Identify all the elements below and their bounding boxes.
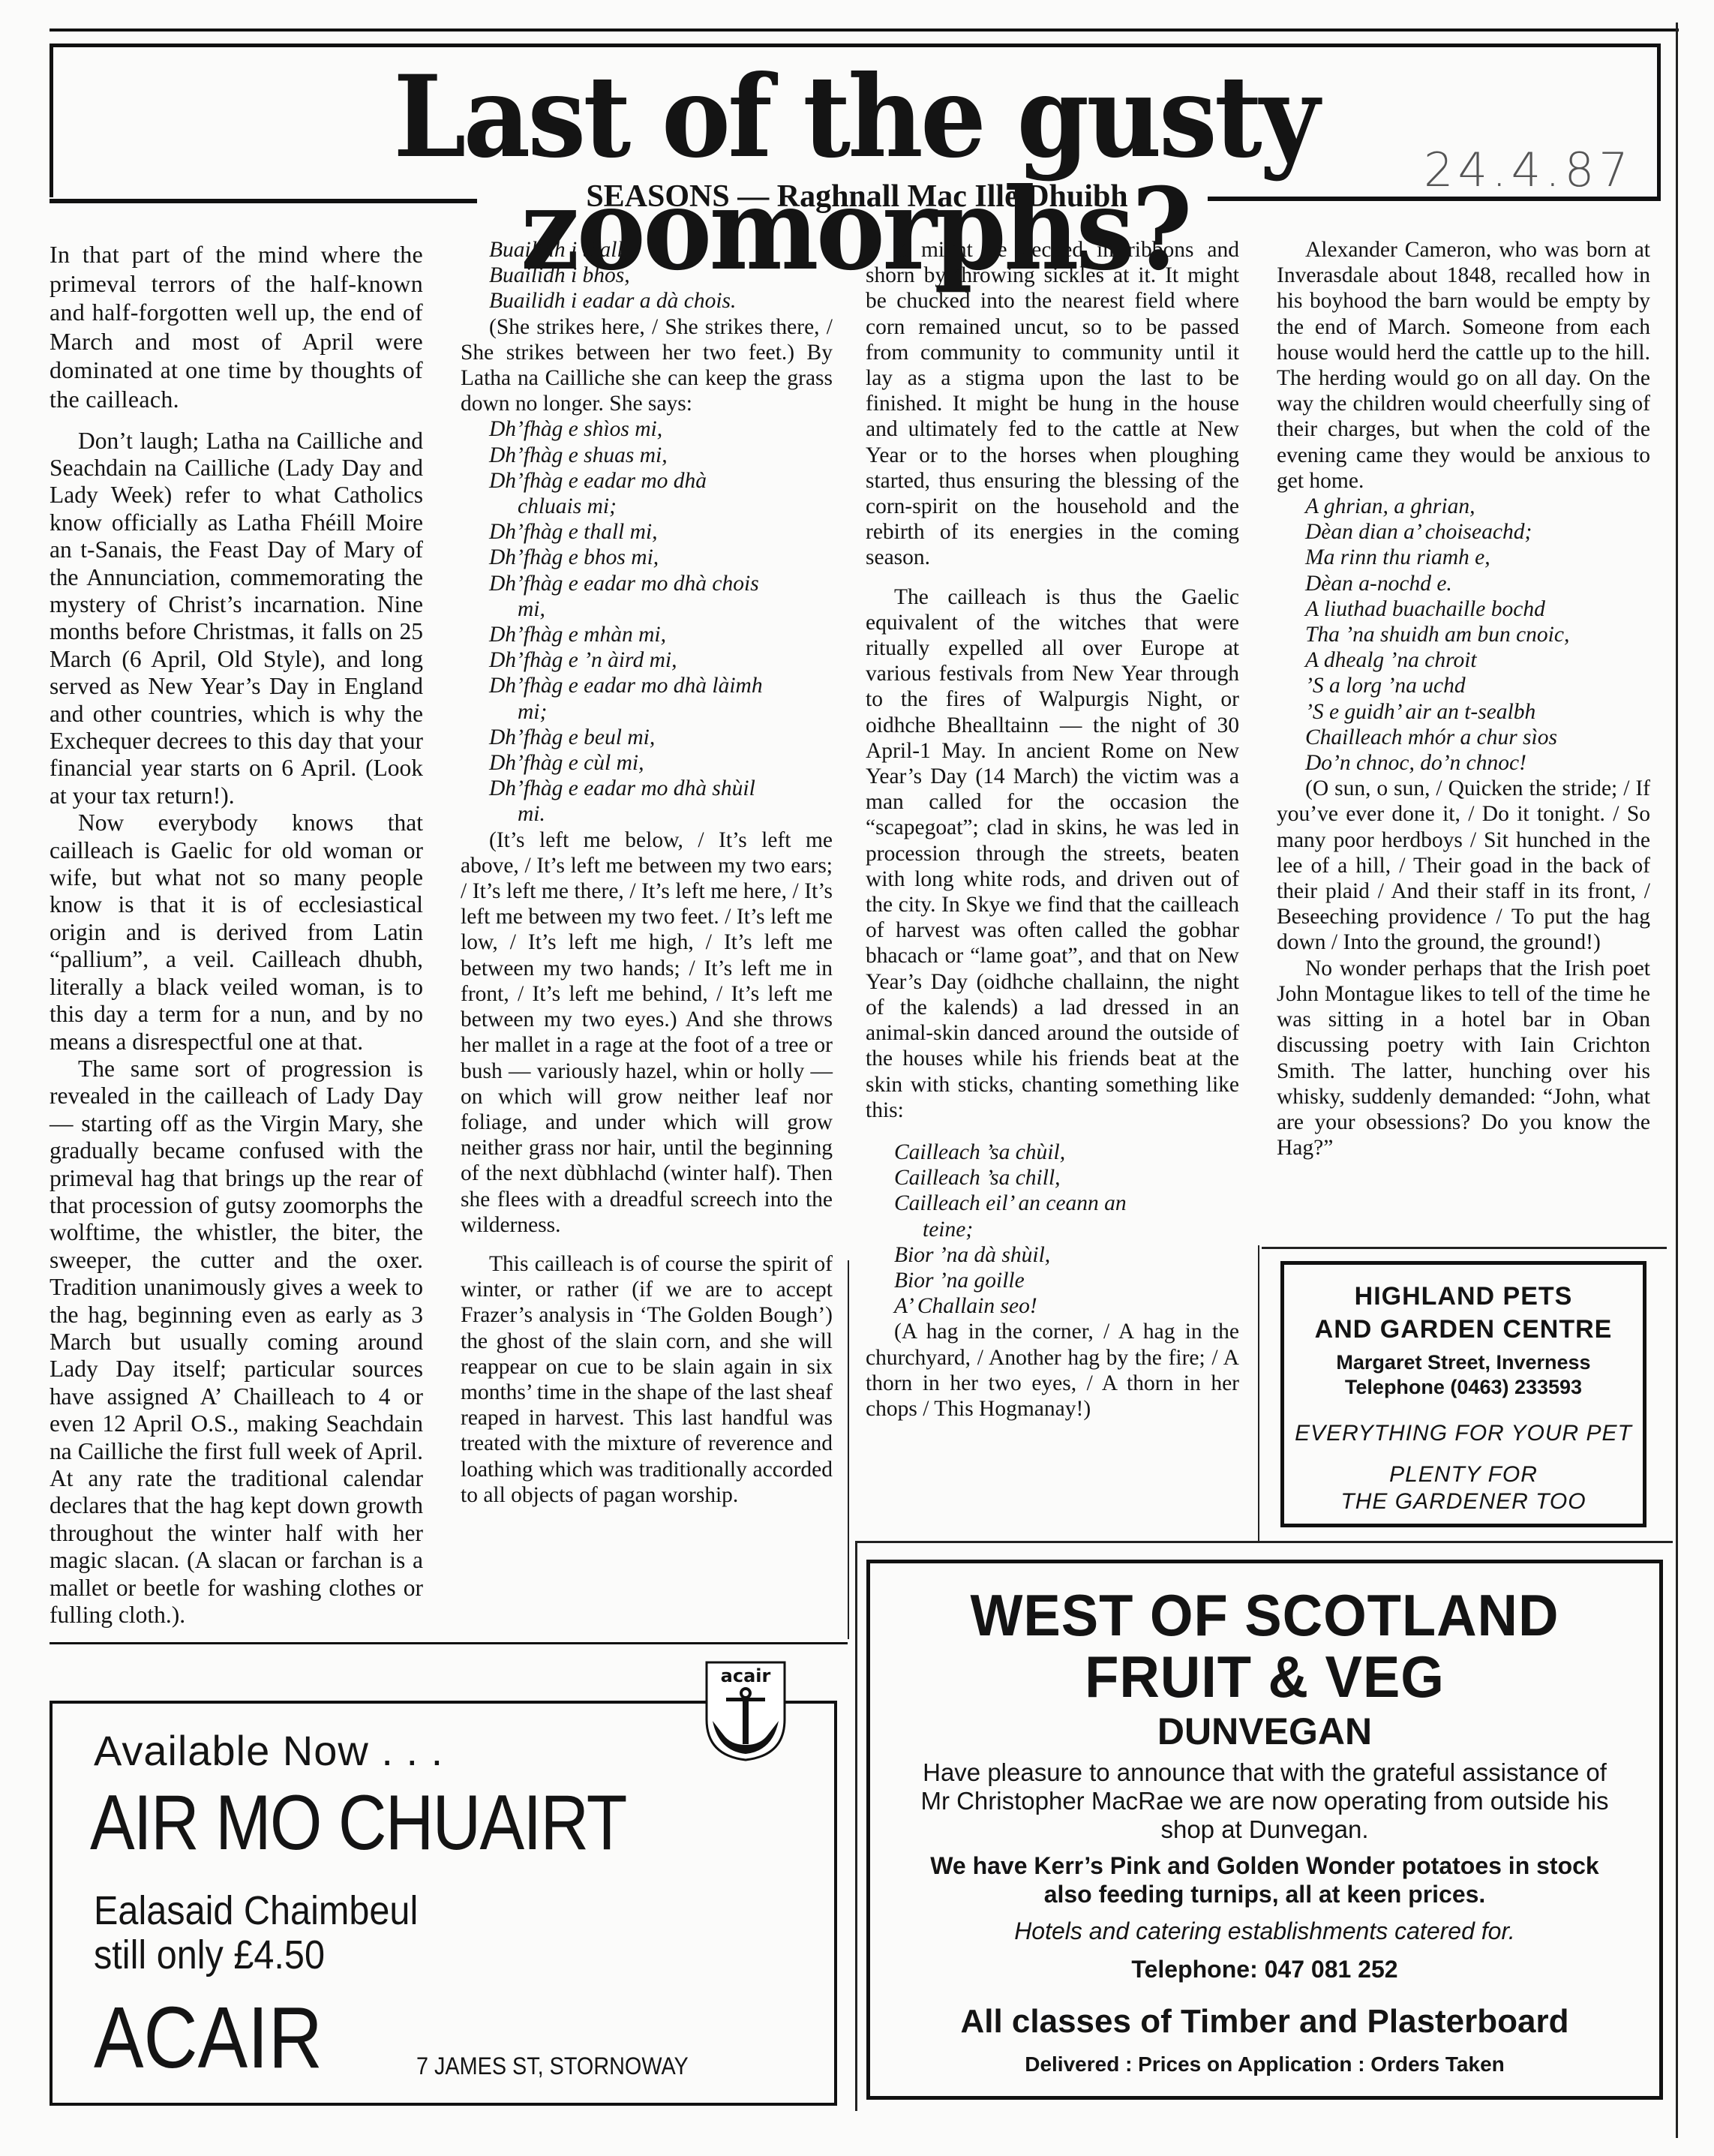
verse-line: Dh’fhàg e beul mi, bbox=[489, 725, 833, 750]
gaelic-verse: Dh’fhàg e shìos mi, Dh’fhàg e shuas mi, … bbox=[461, 416, 833, 827]
ad-price: still only £4.50 bbox=[94, 1932, 325, 1978]
anchor-shield-logo-icon: acair bbox=[704, 1659, 788, 1763]
column-divider bbox=[1258, 1245, 1259, 1542]
article-column-1: In that part of the mind where the prime… bbox=[50, 240, 423, 1629]
ad-author: Ealasaid Chaimbeul bbox=[94, 1887, 418, 1934]
verse-line: Dh’fhàg e eadar mo dhà bbox=[489, 468, 833, 494]
verse-line: Bior ’na dà shùil, bbox=[894, 1242, 1239, 1268]
verse-line: Dh’fhàg e eadar mo dhà chois bbox=[489, 571, 833, 596]
ad-brand: ACAIR bbox=[94, 1987, 323, 2088]
ad-title: AND GARDEN CENTRE bbox=[1284, 1313, 1643, 1346]
ad-slogan-line: THE GARDENER TOO bbox=[1284, 1488, 1643, 1515]
west-of-scotland-ad: WEST OF SCOTLAND FRUIT & VEG DUNVEGAN Ha… bbox=[866, 1560, 1663, 2100]
ad-address: 7 JAMES ST, STORNOWAY bbox=[416, 2052, 689, 2080]
ad-timber: All classes of Timber and Plasterboard bbox=[870, 2003, 1659, 2040]
verse-line: Chailleach mhór a chur sìos bbox=[1305, 725, 1650, 750]
verse-line: A dhealg ’na chroit bbox=[1305, 647, 1650, 673]
paragraph: This cailleach is of course the spirit o… bbox=[461, 1251, 833, 1508]
verse-line: Buailidh i eadar a dà chois. bbox=[489, 288, 833, 314]
verse-line: Dh’fhàg e shìos mi, bbox=[489, 416, 833, 442]
lead-paragraph: In that part of the mind where the prime… bbox=[50, 240, 423, 414]
verse-line: mi, bbox=[489, 596, 833, 622]
verse-line: Dh’fhàg e mhàn mi, bbox=[489, 622, 833, 647]
verse-line: Dh’fhàg e bhos mi, bbox=[489, 545, 833, 570]
verse-line: chluais mi; bbox=[489, 494, 833, 519]
ad-hotels: Hotels and catering establishments cater… bbox=[870, 1917, 1659, 1945]
paragraph: (She strikes here, / She strikes there, … bbox=[461, 314, 833, 417]
ad-available-now: Available Now . . . bbox=[94, 1726, 443, 1775]
verse-line: ’S e guidh’ air an t-sealbh bbox=[1305, 699, 1650, 725]
paragraph: (A hag in the corner, / A hag in the chu… bbox=[866, 1319, 1239, 1422]
verse-line: Dh’fhàg e cùl mi, bbox=[489, 750, 833, 776]
paragraph: The cailleach is thus the Gaelic equival… bbox=[866, 584, 1239, 1123]
byline-rule-right bbox=[1208, 197, 1661, 201]
ad-address: Margaret Street, Inverness bbox=[1284, 1350, 1643, 1375]
verse-line: Dh’fhàg e ’n àird mi, bbox=[489, 647, 833, 673]
verse-line: teine; bbox=[894, 1217, 1239, 1242]
verse-line: Cailleach ’sa chill, bbox=[894, 1165, 1239, 1191]
verse-line: Dèan dian a’ choiseachd; bbox=[1305, 519, 1650, 545]
ad-title: FRUIT & VEG bbox=[890, 1646, 1639, 1707]
verse-line: Dh’fhàg e thall mi, bbox=[489, 519, 833, 545]
ad-location: DUNVEGAN bbox=[870, 1710, 1659, 1752]
ad-frame-left bbox=[855, 1541, 857, 2111]
ad-telephone: Telephone: 047 081 252 bbox=[870, 1956, 1659, 1983]
ad-frame bbox=[855, 1541, 1673, 1551]
ad-potatoes: We have Kerr’s Pink and Golden Wonder po… bbox=[870, 1851, 1659, 1908]
verse-line: Dèan a-nochd e. bbox=[1305, 571, 1650, 596]
ad-telephone: Telephone (0463) 233593 bbox=[1284, 1375, 1643, 1400]
verse-line: Cailleach ’sa chùil, bbox=[894, 1140, 1239, 1165]
ad-announcement: Have pleasure to announce that with the … bbox=[870, 1758, 1659, 1844]
verse-line: mi; bbox=[489, 699, 833, 725]
paragraph: Don’t laugh; Latha na Cailliche and Seac… bbox=[50, 428, 423, 810]
paragraph: (O sun, o sun, / Quicken the stride; / I… bbox=[1277, 776, 1650, 955]
section-rule bbox=[50, 1642, 848, 1644]
right-page-rule bbox=[1676, 23, 1678, 2138]
column-divider bbox=[848, 1260, 849, 1639]
highland-pets-ad: HIGHLAND PETS AND GARDEN CENTRE Margaret… bbox=[1280, 1261, 1646, 1527]
verse-line: A liuthad buachaille bochd bbox=[1305, 596, 1650, 622]
article-column-3: It might be decked in ribbons and shorn … bbox=[866, 237, 1239, 1422]
svg-text:acair: acair bbox=[721, 1665, 771, 1686]
ad-slogan-line: PLENTY FOR bbox=[1284, 1461, 1643, 1488]
top-page-rule bbox=[50, 29, 1679, 32]
verse-line: Do’n chnoc, do’n chnoc! bbox=[1305, 750, 1650, 776]
verse-line: Bior ’na goille bbox=[894, 1268, 1239, 1293]
gaelic-verse: Cailleach ’sa chùil, Cailleach ’sa chill… bbox=[866, 1140, 1239, 1319]
verse-line: A ghrian, a ghrian, bbox=[1305, 494, 1650, 519]
ad-book-title: AIR MO CHUAIRT bbox=[90, 1779, 626, 1868]
paragraph: It might be decked in ribbons and shorn … bbox=[866, 237, 1239, 571]
paragraph: Now everybody knows that cailleach is Ga… bbox=[50, 809, 423, 1055]
paragraph: No wonder perhaps that the Irish poet Jo… bbox=[1277, 956, 1650, 1161]
ad-slogan: PLENTY FOR THE GARDENER TOO bbox=[1284, 1461, 1643, 1515]
gaelic-verse: A ghrian, a ghrian, Dèan dian a’ choisea… bbox=[1277, 494, 1650, 776]
gaelic-verse: Buailidh i thall, Buailidh i bhos, Buail… bbox=[461, 237, 833, 314]
ad-slogan: EVERYTHING FOR YOUR PET bbox=[1284, 1421, 1643, 1446]
verse-line: Buailidh i thall, bbox=[489, 237, 833, 263]
verse-line: Dh’fhàg e shuas mi, bbox=[489, 443, 833, 468]
verse-line: Cailleach eil’ an ceann an bbox=[894, 1191, 1239, 1216]
paragraph: The same sort of progression is revealed… bbox=[50, 1055, 423, 1629]
verse-line: mi. bbox=[489, 801, 833, 827]
paragraph: (It’s left me below, / It’s left me abov… bbox=[461, 827, 833, 1238]
ad-delivery: Delivered : Prices on Application : Orde… bbox=[870, 2052, 1659, 2076]
verse-line: Ma rinn thu riamh e, bbox=[1305, 545, 1650, 570]
verse-line: ’S a lorg ’na uchd bbox=[1305, 673, 1650, 698]
article-column-2: Buailidh i thall, Buailidh i bhos, Buail… bbox=[461, 237, 833, 1508]
headline-box: Last of the gusty zoomorphs? bbox=[50, 44, 1661, 197]
verse-line: A’ Challain seo! bbox=[894, 1293, 1239, 1319]
ad-title: HIGHLAND PETS bbox=[1284, 1280, 1643, 1313]
paragraph: Alexander Cameron, who was born at Inver… bbox=[1277, 237, 1650, 494]
verse-line: Dh’fhàg e eadar mo dhà shùil bbox=[489, 776, 833, 801]
verse-line: Buailidh i bhos, bbox=[489, 263, 833, 288]
verse-line: Tha ’na shuidh am bun cnoic, bbox=[1305, 622, 1650, 647]
article-column-4: Alexander Cameron, who was born at Inver… bbox=[1277, 237, 1650, 1161]
ad-title: WEST OF SCOTLAND bbox=[890, 1584, 1639, 1646]
verse-line: Dh’fhàg e eadar mo dhà làimh bbox=[489, 673, 833, 698]
